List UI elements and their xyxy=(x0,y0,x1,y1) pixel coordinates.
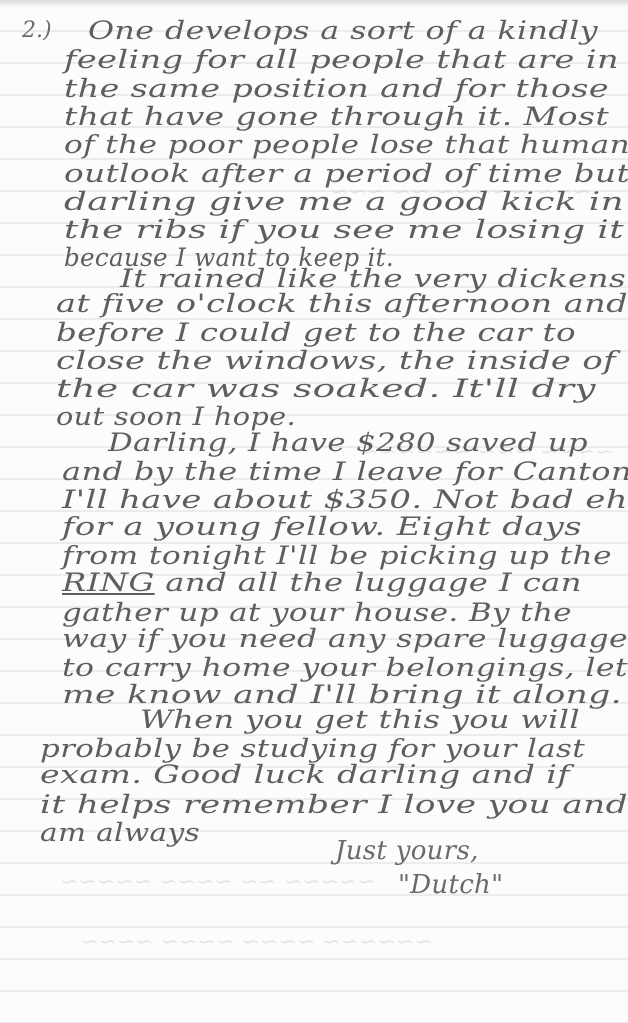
underlined-word: RING xyxy=(62,568,155,597)
letter-line: It rained like the very dickens xyxy=(120,266,626,291)
bleed-through-text: ~~~~~~ ~~~~ ~~~~ ~~~~ xyxy=(80,930,433,955)
letter-line: exam. Good luck darling and if xyxy=(40,762,570,787)
letter-line: it helps remember I love you and xyxy=(40,792,628,817)
letter-line: feeling for all people that are in xyxy=(64,47,619,72)
letter-line: of the poor people lose that human xyxy=(64,132,628,157)
letter-line: and by the time I leave for Canton xyxy=(62,459,628,484)
scan-edge-shadow xyxy=(0,0,628,8)
page-number: 2.) xyxy=(22,18,52,43)
letter-line: that have gone through it. Most xyxy=(64,104,609,129)
letter-line: RING and all the luggage I can xyxy=(62,570,582,595)
letter-line: One develops a sort of a kindly xyxy=(88,18,598,43)
letter-line: at five o'clock this afternoon and xyxy=(56,291,628,316)
letter-line: before I could get to the car to xyxy=(56,320,576,345)
letter-line: close the windows, the inside of xyxy=(56,348,616,373)
letter-line: the same position and for those xyxy=(64,76,609,101)
closing: Just yours, xyxy=(335,838,479,864)
letter-line: the ribs if you see me losing it xyxy=(64,217,624,242)
letter-line: am always xyxy=(40,820,200,845)
letter-line: to carry home your belongings, let xyxy=(62,655,628,680)
letter-line: out soon I hope. xyxy=(56,404,296,429)
letter-line: way if you need any spare luggage xyxy=(62,626,628,651)
letter-line: probably be studying for your last xyxy=(40,736,585,761)
bleed-through-text: ~~~~~ ~~ ~~~~ ~~~~~ xyxy=(60,870,376,895)
letter-line: I'll have about $350. Not bad eh xyxy=(62,487,628,512)
letter-line: the car was soaked. It'll dry xyxy=(56,376,596,401)
letter-line: Darling, I have $280 saved up xyxy=(108,430,588,455)
letter-line: outlook after a period of time but xyxy=(64,161,628,186)
letter-line: from tonight I'll be picking up the xyxy=(62,543,612,568)
letter-line: darling give me a good kick in xyxy=(64,189,624,214)
signature: "Dutch" xyxy=(398,872,503,898)
letter-line: me know and I'll bring it along. xyxy=(62,682,622,707)
letter-line: When you get this you will xyxy=(140,707,580,732)
letter-line: gather up at your house. By the xyxy=(62,600,572,625)
letter-page: ~~~ ~~~~~ ~~ ~~~ ~~~~ ~~~ ~~~~~~ ~~~~~ ~… xyxy=(0,0,628,1023)
letter-line: for a young fellow. Eight days xyxy=(62,514,582,539)
